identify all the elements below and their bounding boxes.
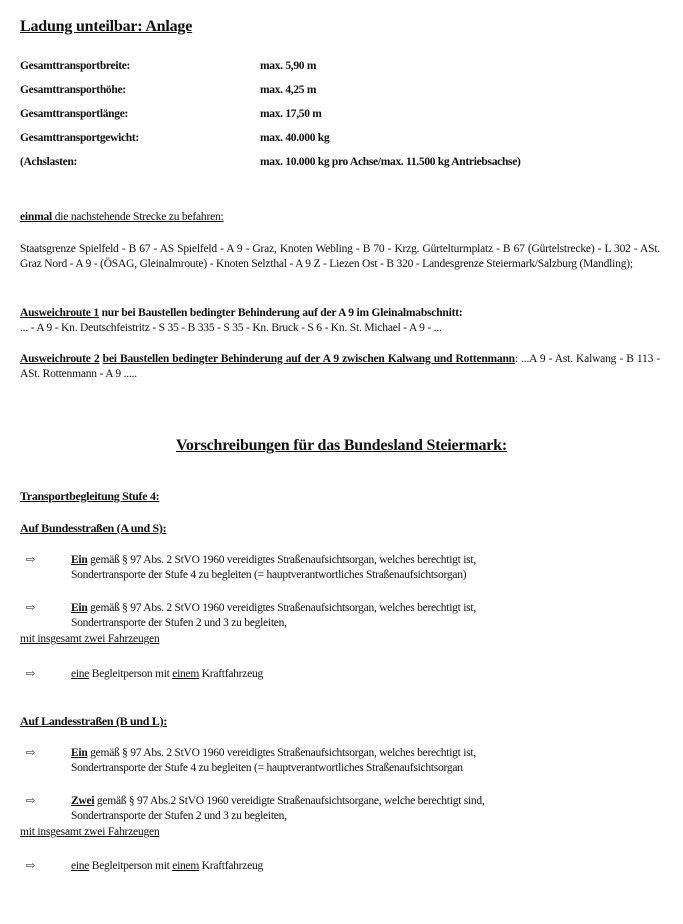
route-main: Staatsgrenze Spielfeld - B 67 - AS Spiel… — [20, 242, 660, 272]
arrow-right-icon: ⇨ — [26, 667, 35, 680]
federal-escort: eine Begleitperson mit einem Kraftfahrze… — [71, 667, 663, 682]
federal-heading: Auf Bundesstraßen (A und S): — [20, 521, 166, 536]
spec-value-weight: max. 40.000 kg — [260, 132, 329, 144]
arrow-right-icon: ⇨ — [26, 601, 35, 614]
spec-value-height: max. 4,25 m — [260, 84, 316, 96]
spec-value-width: max. 5,90 m — [260, 60, 316, 72]
state-item-1: Ein gemäß § 97 Abs. 2 StVO 1960 vereidig… — [71, 746, 663, 776]
federal-vehicles-note: mit insgesamt zwei Fahrzeugen — [20, 633, 160, 645]
arrow-right-icon: ⇨ — [26, 746, 35, 759]
alt-route-2-label: Ausweichroute 2 — [20, 353, 99, 365]
alt-route-2-condition: bei Baustellen bedingter Behinderung auf… — [103, 353, 515, 365]
arrow-right-icon: ⇨ — [26, 794, 35, 807]
document-title: Ladung unteilbar: Anlage — [20, 18, 192, 36]
state-escort: eine Begleitperson mit einem Kraftfahrze… — [71, 859, 663, 874]
alt-route-1: Ausweichroute 1 nur bei Baustellen bedin… — [20, 306, 660, 336]
spec-label-length: Gesamttransportlänge: — [20, 108, 128, 120]
alt-route-1-condition: nur bei Baustellen bedingter Behinderung… — [99, 307, 463, 319]
spec-label-weight: Gesamttransportgewicht: — [20, 132, 139, 144]
state-heading: Auf Landesstraßen (B und L): — [20, 714, 167, 729]
federal-item-2: Ein gemäß § 97 Abs. 2 StVO 1960 vereidig… — [71, 601, 663, 631]
spec-value-length: max. 17,50 m — [260, 108, 322, 120]
arrow-right-icon: ⇨ — [26, 859, 35, 872]
section-title: Vorschreibungen für das Bundesland Steie… — [0, 437, 683, 455]
escort-heading: Transportbegleitung Stufe 4: — [20, 489, 159, 504]
route-intro-rest: die nachstehende Strecke zu befahren: — [52, 211, 224, 223]
spec-label-axle: (Achslasten: — [20, 156, 77, 168]
spec-value-axle: max. 10.000 kg pro Achse/max. 11.500 kg … — [260, 156, 521, 168]
route-intro: einmal die nachstehende Strecke zu befah… — [20, 210, 660, 225]
alt-route-2: Ausweichroute 2 bei Baustellen bedingter… — [20, 352, 660, 382]
spec-label-height: Gesamttransporthöhe: — [20, 84, 126, 96]
route-intro-emph: einmal — [20, 211, 52, 223]
state-item-2: Zwei gemäß § 97 Abs.2 StVO 1960 vereidig… — [71, 794, 663, 824]
alt-route-1-route: ... - A 9 - Kn. Deutschfeistritz - S 35 … — [20, 322, 442, 334]
federal-item-1: Ein gemäß § 97 Abs. 2 StVO 1960 vereidig… — [71, 553, 663, 583]
spec-label-width: Gesamttransportbreite: — [20, 60, 130, 72]
state-vehicles-note: mit insgesamt zwei Fahrzeugen — [20, 826, 160, 838]
alt-route-1-label: Ausweichroute 1 — [20, 307, 99, 319]
arrow-right-icon: ⇨ — [26, 553, 35, 566]
